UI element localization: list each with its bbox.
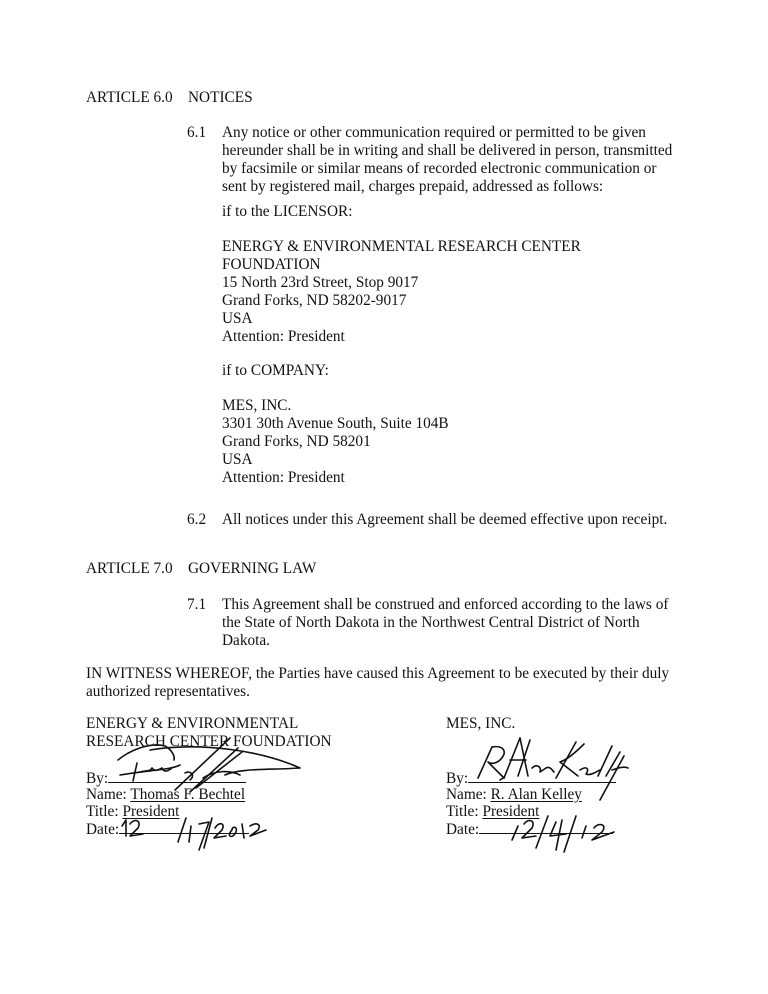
company-handwritten-signature [0,0,768,994]
